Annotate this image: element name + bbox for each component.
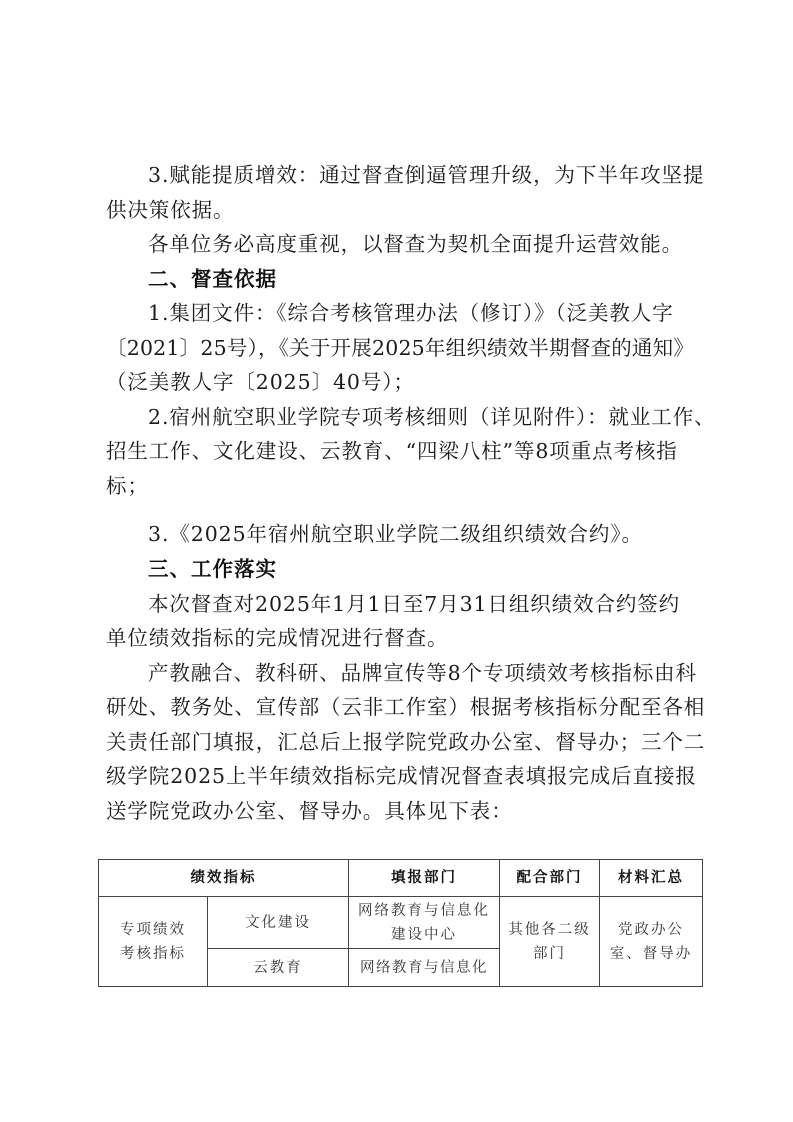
paragraph-line: 标； xyxy=(106,473,706,499)
header-reporting-dept: 填报部门 xyxy=(349,860,500,897)
table-row: 专项绩效考核指标 文化建设 网络教育与信息化建设中心 其他各二级部门 党政办公室… xyxy=(99,897,703,949)
paragraph-line: （泛美教人字〔2025〕40号）； xyxy=(106,369,706,395)
paragraph-line: 〔2021〕25号），《关于开展2025年组织绩效半期督查的通知》 xyxy=(106,335,706,361)
paragraph-line: 1.集团文件：《综合考核管理办法（修订）》（泛美教人字 xyxy=(148,300,748,326)
table-header-row: 绩效指标 填报部门 配合部门 材料汇总 xyxy=(99,860,703,897)
reporting-dept-cell: 网络教育与信息化 xyxy=(349,949,500,987)
paragraph-line: 供决策依据。 xyxy=(106,197,706,223)
item-cell: 文化建设 xyxy=(208,897,349,949)
paragraph-line: 单位绩效指标的完成情况进行督查。 xyxy=(106,625,706,651)
section-heading-basis: 二、督查依据 xyxy=(148,266,748,292)
paragraph-line: 产教融合、教科研、品牌宣传等8个专项绩效考核指标由科 xyxy=(148,660,748,686)
paragraph-line: 本次督查对2025年1月1日至7月31日组织绩效合约签约 xyxy=(148,591,748,617)
header-cooperating-dept: 配合部门 xyxy=(500,860,600,897)
materials-cell: 党政办公室、督导办 xyxy=(600,897,703,987)
paragraph-line: 关责任部门填报，汇总后上报学院党政办公室、督导办；三个二 xyxy=(106,729,706,755)
category-cell: 专项绩效考核指标 xyxy=(99,897,208,987)
reporting-dept-cell: 网络教育与信息化建设中心 xyxy=(349,897,500,949)
header-materials: 材料汇总 xyxy=(600,860,703,897)
paragraph-line: 2.宿州航空职业学院专项考核细则（详见附件）：就业工作、 xyxy=(148,404,748,430)
paragraph-line: 各单位务必高度重视，以督查为契机全面提升运营效能。 xyxy=(148,231,748,257)
paragraph-line: 3.《2025年宿州航空职业学院二级组织绩效合约》。 xyxy=(148,521,748,547)
header-indicator: 绩效指标 xyxy=(99,860,349,897)
document-page: 3.赋能提质增效：通过督查倒逼管理升级，为下半年攻坚提 供决策依据。 各单位务必… xyxy=(0,0,793,1122)
cooperating-dept-cell: 其他各二级部门 xyxy=(500,897,600,987)
paragraph-line: 级学院2025上半年绩效指标完成情况督查表填报完成后直接报 xyxy=(106,763,706,789)
item-cell: 云教育 xyxy=(208,949,349,987)
performance-table: 绩效指标 填报部门 配合部门 材料汇总 专项绩效考核指标 文化建设 网络教育与信… xyxy=(98,859,703,987)
section-heading-implementation: 三、工作落实 xyxy=(148,556,748,582)
paragraph-line: 送学院党政办公室、督导办。具体见下表： xyxy=(106,798,706,824)
paragraph-line: 招生工作、文化建设、云教育、“四梁八柱”等8项重点考核指 xyxy=(106,438,706,464)
paragraph-line: 研处、教务处、宣传部（云非工作室）根据考核指标分配至各相 xyxy=(106,694,706,720)
paragraph-line: 3.赋能提质增效：通过督查倒逼管理升级，为下半年攻坚提 xyxy=(148,162,748,188)
